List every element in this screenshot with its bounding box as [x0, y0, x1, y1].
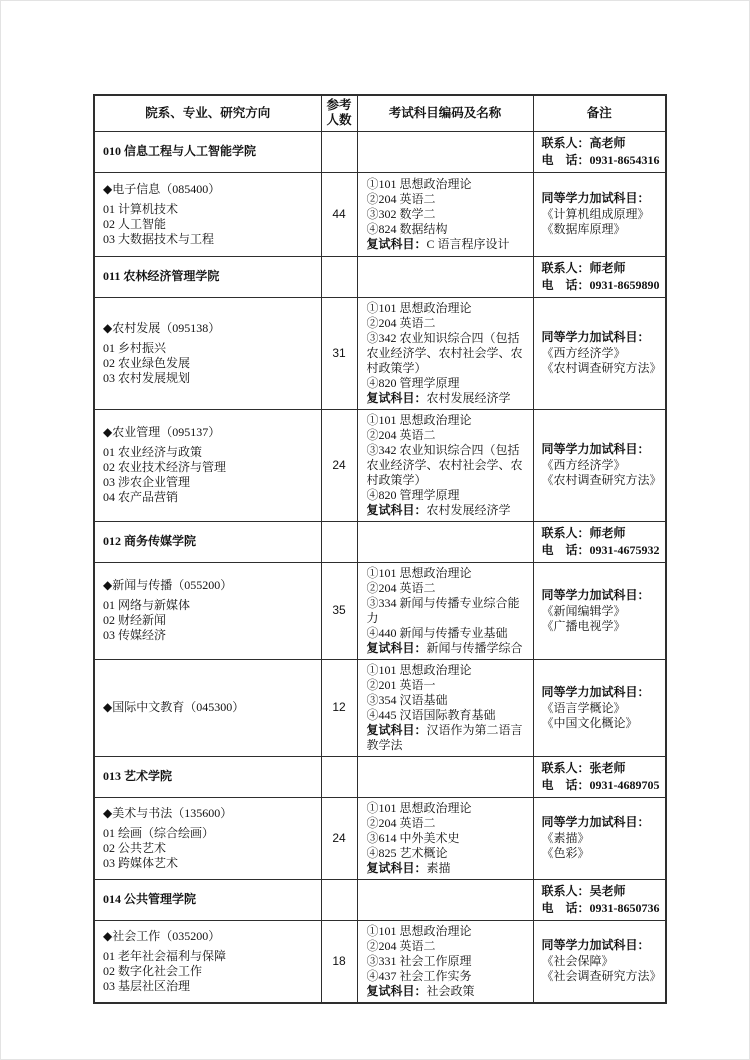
- major-title: ◆新闻与传播（055200）: [103, 578, 317, 593]
- research-direction: 01 农业经济与政策: [103, 445, 317, 460]
- exam-subject: ①101 思想政治理论: [367, 301, 530, 316]
- retest-label: 复试科目：: [367, 984, 427, 998]
- major-title: ◆电子信息（085400）: [103, 182, 317, 197]
- empty-cell: [321, 521, 357, 562]
- exam-subject: ③354 汉语基础: [367, 693, 530, 708]
- empty-cell: [357, 131, 533, 172]
- exam-subject: ②204 英语二: [367, 192, 530, 207]
- remarks-cell: 同等学力加试科目： 《西方经济学》 《农村调查研究方法》: [533, 297, 666, 409]
- column-header-count-line1: 参考: [324, 98, 355, 113]
- retest-label: 复试科目：: [367, 503, 427, 517]
- research-direction: 03 基层社区治理: [103, 979, 317, 994]
- contact-person: 联系人：高老师: [542, 135, 662, 152]
- major-title: ◆农业管理（095137）: [103, 425, 317, 440]
- research-direction: 03 涉农企业管理: [103, 475, 317, 490]
- remarks-cell: 同等学力加试科目： 《新闻编辑学》 《广播电视学》: [533, 562, 666, 659]
- retest-subject: 复试科目：农村发展经济学: [367, 503, 530, 518]
- retest-subject: 复试科目：汉语作为第二语言教学法: [367, 723, 530, 753]
- remarks-cell: 同等学力加试科目： 《社会保障》 《社会调查研究方法》: [533, 920, 666, 1003]
- research-direction: 03 大数据技术与工程: [103, 232, 317, 247]
- column-header-count-line2: 人数: [324, 113, 355, 128]
- equivalency-note-title: 同等学力加试科目：: [542, 330, 662, 345]
- college-name: 013 艺术学院: [94, 756, 321, 797]
- retest-value: 农村发展经济学: [427, 503, 511, 517]
- major-cell: ◆社会工作（035200） 01 老年社会福利与保障 02 数字化社会工作 03…: [94, 920, 321, 1003]
- subjects-cell: ①101 思想政治理论 ②204 英语二 ③334 新闻与传播专业综合能力 ④4…: [357, 562, 533, 659]
- candidate-count: 12: [321, 659, 357, 756]
- subjects-cell: ①101 思想政治理论 ②204 英语二 ③331 社会工作原理 ④437 社会…: [357, 920, 533, 1003]
- major-cell: ◆电子信息（085400） 01 计算机技术 02 人工智能 03 大数据技术与…: [94, 172, 321, 256]
- equivalency-note-title: 同等学力加试科目：: [542, 938, 662, 953]
- research-direction: 03 跨媒体艺术: [103, 856, 317, 871]
- table-header-row: 院系、专业、研究方向 参考 人数 考试科目编码及名称 备注: [94, 95, 666, 131]
- exam-subject: ③342 农业知识综合四（包括农业经济学、农村社会学、农村政策学）: [367, 443, 530, 488]
- equivalency-note-item: 《西方经济学》: [542, 346, 662, 361]
- exam-subject: ①101 思想政治理论: [367, 566, 530, 581]
- exam-subject: ②201 英语一: [367, 678, 530, 693]
- remarks-cell: 同等学力加试科目： 《语言学概论》 《中国文化概论》: [533, 659, 666, 756]
- retest-subject: 复试科目：农村发展经济学: [367, 391, 530, 406]
- exam-subject: ④820 管理学原理: [367, 376, 530, 391]
- retest-label: 复试科目：: [367, 641, 427, 655]
- exam-subject: ②204 英语二: [367, 316, 530, 331]
- table-row: 012 商务传媒学院 联系人：师老师 电 话：0931-4675932: [94, 521, 666, 562]
- college-name: 010 信息工程与人工智能学院: [94, 131, 321, 172]
- contact-person: 联系人：张老师: [542, 760, 662, 777]
- research-direction: 03 传媒经济: [103, 628, 317, 643]
- research-direction: 01 绘画（综合绘画）: [103, 826, 317, 841]
- retest-value: 素描: [427, 861, 451, 875]
- equivalency-note-title: 同等学力加试科目：: [542, 442, 662, 457]
- equivalency-note-title: 同等学力加试科目：: [542, 685, 662, 700]
- candidate-count: 31: [321, 297, 357, 409]
- research-direction: 02 农业技术经济与管理: [103, 460, 317, 475]
- retest-value: 社会政策: [427, 984, 475, 998]
- candidate-count: 35: [321, 562, 357, 659]
- equivalency-note-item: 《西方经济学》: [542, 458, 662, 473]
- contact-phone: 电 话：0931-4689705: [542, 777, 662, 794]
- contact-cell: 联系人：张老师 电 话：0931-4689705: [533, 756, 666, 797]
- candidate-count: 18: [321, 920, 357, 1003]
- contact-cell: 联系人：高老师 电 话：0931-8654316: [533, 131, 666, 172]
- retest-label: 复试科目：: [367, 861, 427, 875]
- research-direction: 03 农村发展规划: [103, 371, 317, 386]
- table-row: ◆农业管理（095137） 01 农业经济与政策 02 农业技术经济与管理 03…: [94, 409, 666, 521]
- equivalency-note-title: 同等学力加试科目：: [542, 191, 662, 206]
- equivalency-note-item: 《数据库原理》: [542, 222, 662, 237]
- college-name: 014 公共管理学院: [94, 879, 321, 920]
- equivalency-note-title: 同等学力加试科目：: [542, 588, 662, 603]
- research-direction: 01 网络与新媒体: [103, 598, 317, 613]
- contact-phone: 电 话：0931-8659890: [542, 277, 662, 294]
- column-header-subjects: 考试科目编码及名称: [357, 95, 533, 131]
- college-name: 011 农林经济管理学院: [94, 256, 321, 297]
- contact-cell: 联系人：师老师 电 话：0931-8659890: [533, 256, 666, 297]
- equivalency-note-item: 《语言学概论》: [542, 701, 662, 716]
- column-header-count: 参考 人数: [321, 95, 357, 131]
- research-direction: 04 农产品营销: [103, 490, 317, 505]
- table-row: 013 艺术学院 联系人：张老师 电 话：0931-4689705: [94, 756, 666, 797]
- contact-person: 联系人：师老师: [542, 525, 662, 542]
- retest-label: 复试科目：: [367, 391, 427, 405]
- exam-subject: ④825 艺术概论: [367, 846, 530, 861]
- empty-cell: [321, 879, 357, 920]
- equivalency-note-item: 《广播电视学》: [542, 619, 662, 634]
- college-name: 012 商务传媒学院: [94, 521, 321, 562]
- major-cell: ◆新闻与传播（055200） 01 网络与新媒体 02 财经新闻 03 传媒经济: [94, 562, 321, 659]
- equivalency-note-item: 《新闻编辑学》: [542, 604, 662, 619]
- retest-label: 复试科目：: [367, 723, 427, 737]
- contact-person: 联系人：吴老师: [542, 883, 662, 900]
- retest-value: C 语言程序设计: [427, 237, 510, 251]
- table-row: ◆电子信息（085400） 01 计算机技术 02 人工智能 03 大数据技术与…: [94, 172, 666, 256]
- retest-subject: 复试科目：新闻与传播学综合: [367, 641, 530, 656]
- exam-subject: ③342 农业知识综合四（包括农业经济学、农村社会学、农村政策学）: [367, 331, 530, 376]
- research-direction: 02 农业绿色发展: [103, 356, 317, 371]
- retest-subject: 复试科目：社会政策: [367, 984, 530, 999]
- research-direction: 02 数字化社会工作: [103, 964, 317, 979]
- admission-table: 院系、专业、研究方向 参考 人数 考试科目编码及名称 备注 010 信息工程与人…: [93, 94, 667, 1004]
- major-cell: ◆国际中文教育（045300）: [94, 659, 321, 756]
- research-direction: 01 老年社会福利与保障: [103, 949, 317, 964]
- exam-subject: ③331 社会工作原理: [367, 954, 530, 969]
- subjects-cell: ①101 思想政治理论 ②204 英语二 ③614 中外美术史 ④825 艺术概…: [357, 797, 533, 879]
- subjects-cell: ①101 思想政治理论 ②204 英语二 ③342 农业知识综合四（包括农业经济…: [357, 297, 533, 409]
- major-title: ◆社会工作（035200）: [103, 929, 317, 944]
- contact-phone: 电 话：0931-8654316: [542, 152, 662, 169]
- retest-subject: 复试科目：素描: [367, 861, 530, 876]
- exam-subject: ④437 社会工作实务: [367, 969, 530, 984]
- equivalency-note-title: 同等学力加试科目：: [542, 815, 662, 830]
- exam-subject: ④440 新闻与传播专业基础: [367, 626, 530, 641]
- exam-subject: ③614 中外美术史: [367, 831, 530, 846]
- contact-phone: 电 话：0931-4675932: [542, 542, 662, 559]
- exam-subject: ②204 英语二: [367, 581, 530, 596]
- retest-value: 新闻与传播学综合: [427, 641, 523, 655]
- equivalency-note-item: 《中国文化概论》: [542, 716, 662, 731]
- equivalency-note-item: 《社会保障》: [542, 954, 662, 969]
- exam-subject: ④824 数据结构: [367, 222, 530, 237]
- research-direction: 01 乡村振兴: [103, 341, 317, 356]
- exam-subject: ③302 数学二: [367, 207, 530, 222]
- exam-subject: ①101 思想政治理论: [367, 924, 530, 939]
- exam-subject: ①101 思想政治理论: [367, 801, 530, 816]
- table-row: 014 公共管理学院 联系人：吴老师 电 话：0931-8650736: [94, 879, 666, 920]
- exam-subject: ②204 英语二: [367, 939, 530, 954]
- table-row: 010 信息工程与人工智能学院 联系人：高老师 电 话：0931-8654316: [94, 131, 666, 172]
- exam-subject: ②204 英语二: [367, 816, 530, 831]
- subjects-cell: ①101 思想政治理论 ②204 英语二 ③302 数学二 ④824 数据结构 …: [357, 172, 533, 256]
- empty-cell: [321, 256, 357, 297]
- empty-cell: [357, 256, 533, 297]
- equivalency-note-item: 《计算机组成原理》: [542, 207, 662, 222]
- major-title: ◆农村发展（095138）: [103, 321, 317, 336]
- candidate-count: 24: [321, 409, 357, 521]
- major-cell: ◆农村发展（095138） 01 乡村振兴 02 农业绿色发展 03 农村发展规…: [94, 297, 321, 409]
- contact-phone: 电 话：0931-8650736: [542, 900, 662, 917]
- major-cell: ◆美术与书法（135600） 01 绘画（综合绘画） 02 公共艺术 03 跨媒…: [94, 797, 321, 879]
- candidate-count: 44: [321, 172, 357, 256]
- empty-cell: [357, 756, 533, 797]
- table-row: ◆美术与书法（135600） 01 绘画（综合绘画） 02 公共艺术 03 跨媒…: [94, 797, 666, 879]
- remarks-cell: 同等学力加试科目： 《西方经济学》 《农村调查研究方法》: [533, 409, 666, 521]
- exam-subject: ①101 思想政治理论: [367, 413, 530, 428]
- contact-cell: 联系人：师老师 电 话：0931-4675932: [533, 521, 666, 562]
- empty-cell: [321, 131, 357, 172]
- research-direction: 02 财经新闻: [103, 613, 317, 628]
- exam-subject: ④445 汉语国际教育基础: [367, 708, 530, 723]
- empty-cell: [357, 879, 533, 920]
- column-header-remarks: 备注: [533, 95, 666, 131]
- table-row: ◆国际中文教育（045300） 12 ①101 思想政治理论 ②201 英语一 …: [94, 659, 666, 756]
- empty-cell: [357, 521, 533, 562]
- exam-subject: ①101 思想政治理论: [367, 177, 530, 192]
- equivalency-note-item: 《社会调查研究方法》: [542, 969, 662, 984]
- remarks-cell: 同等学力加试科目： 《素描》 《色彩》: [533, 797, 666, 879]
- exam-subject: ④820 管理学原理: [367, 488, 530, 503]
- major-title: ◆美术与书法（135600）: [103, 806, 317, 821]
- subjects-cell: ①101 思想政治理论 ②201 英语一 ③354 汉语基础 ④445 汉语国际…: [357, 659, 533, 756]
- candidate-count: 24: [321, 797, 357, 879]
- major-title: ◆国际中文教育（045300）: [103, 700, 317, 715]
- empty-cell: [321, 756, 357, 797]
- column-header-department: 院系、专业、研究方向: [94, 95, 321, 131]
- document-page: 院系、专业、研究方向 参考 人数 考试科目编码及名称 备注 010 信息工程与人…: [0, 0, 750, 1060]
- table-row: ◆新闻与传播（055200） 01 网络与新媒体 02 财经新闻 03 传媒经济…: [94, 562, 666, 659]
- contact-person: 联系人：师老师: [542, 260, 662, 277]
- research-direction: 02 人工智能: [103, 217, 317, 232]
- equivalency-note-item: 《农村调查研究方法》: [542, 473, 662, 488]
- equivalency-note-item: 《农村调查研究方法》: [542, 361, 662, 376]
- research-direction: 02 公共艺术: [103, 841, 317, 856]
- table-row: ◆农村发展（095138） 01 乡村振兴 02 农业绿色发展 03 农村发展规…: [94, 297, 666, 409]
- subjects-cell: ①101 思想政治理论 ②204 英语二 ③342 农业知识综合四（包括农业经济…: [357, 409, 533, 521]
- exam-subject: ①101 思想政治理论: [367, 663, 530, 678]
- equivalency-note-item: 《色彩》: [542, 846, 662, 861]
- equivalency-note-item: 《素描》: [542, 831, 662, 846]
- contact-cell: 联系人：吴老师 电 话：0931-8650736: [533, 879, 666, 920]
- major-cell: ◆农业管理（095137） 01 农业经济与政策 02 农业技术经济与管理 03…: [94, 409, 321, 521]
- retest-label: 复试科目：: [367, 237, 427, 251]
- retest-value: 农村发展经济学: [427, 391, 511, 405]
- table-row: ◆社会工作（035200） 01 老年社会福利与保障 02 数字化社会工作 03…: [94, 920, 666, 1003]
- retest-subject: 复试科目：C 语言程序设计: [367, 237, 530, 252]
- table-row: 011 农林经济管理学院 联系人：师老师 电 话：0931-8659890: [94, 256, 666, 297]
- research-direction: 01 计算机技术: [103, 202, 317, 217]
- remarks-cell: 同等学力加试科目： 《计算机组成原理》 《数据库原理》: [533, 172, 666, 256]
- exam-subject: ③334 新闻与传播专业综合能力: [367, 596, 530, 626]
- exam-subject: ②204 英语二: [367, 428, 530, 443]
